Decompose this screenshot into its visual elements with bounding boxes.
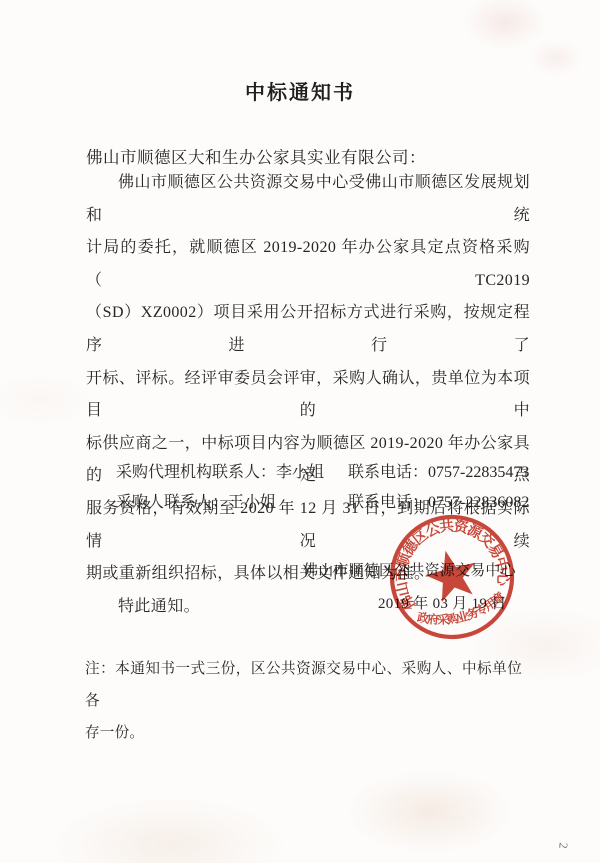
body-line: 佛山市顺德区公共资源交易中心受佛山市顺德区发展规划和统 — [86, 167, 530, 232]
body-line: 开标、评标。经评审委员会评审，采购人确认，贵单位为本项目的中 — [86, 363, 530, 428]
seal-banner-text: 政府采购业务专用章 — [413, 587, 511, 635]
contact-person: 采购人联系人：王小姐 — [116, 494, 276, 511]
footnote: 注：本通知书一式三份，区公共资源交易中心、采购人、中标单位各 存一份。 — [85, 653, 522, 749]
star-icon — [421, 545, 483, 605]
body-line: 计局的委托，就顺德区 2019-2020 年办公家具定点资格采购（TC2019 — [86, 232, 530, 297]
footnote-line: 存一份。 — [85, 717, 522, 749]
body-line: （SD）XZ0002）项目采用公开招标方式进行采购，按规定程序进行了 — [86, 297, 530, 362]
body-line: 标供应商之一，中标项目内容为顺德区 2019-2020 年办公家具的定点 — [86, 428, 530, 493]
page-number: 2 — [555, 842, 570, 849]
page-title: 中标通知书 — [0, 76, 600, 105]
addressee-line: 佛山市顺德区大和生办公家具实业有限公司： — [86, 144, 426, 168]
document-page: 中标通知书 佛山市顺德区大和生办公家具实业有限公司： 佛山市顺德区公共资源交易中… — [0, 0, 600, 863]
contact-person: 采购代理机构联系人：李小姐 — [116, 464, 324, 481]
contact-row-agency: 采购代理机构联系人：李小姐 联系电话：0757-22835473 — [116, 464, 540, 482]
footnote-line: 注：本通知书一式三份，区公共资源交易中心、采购人、中标单位各 — [85, 653, 522, 717]
